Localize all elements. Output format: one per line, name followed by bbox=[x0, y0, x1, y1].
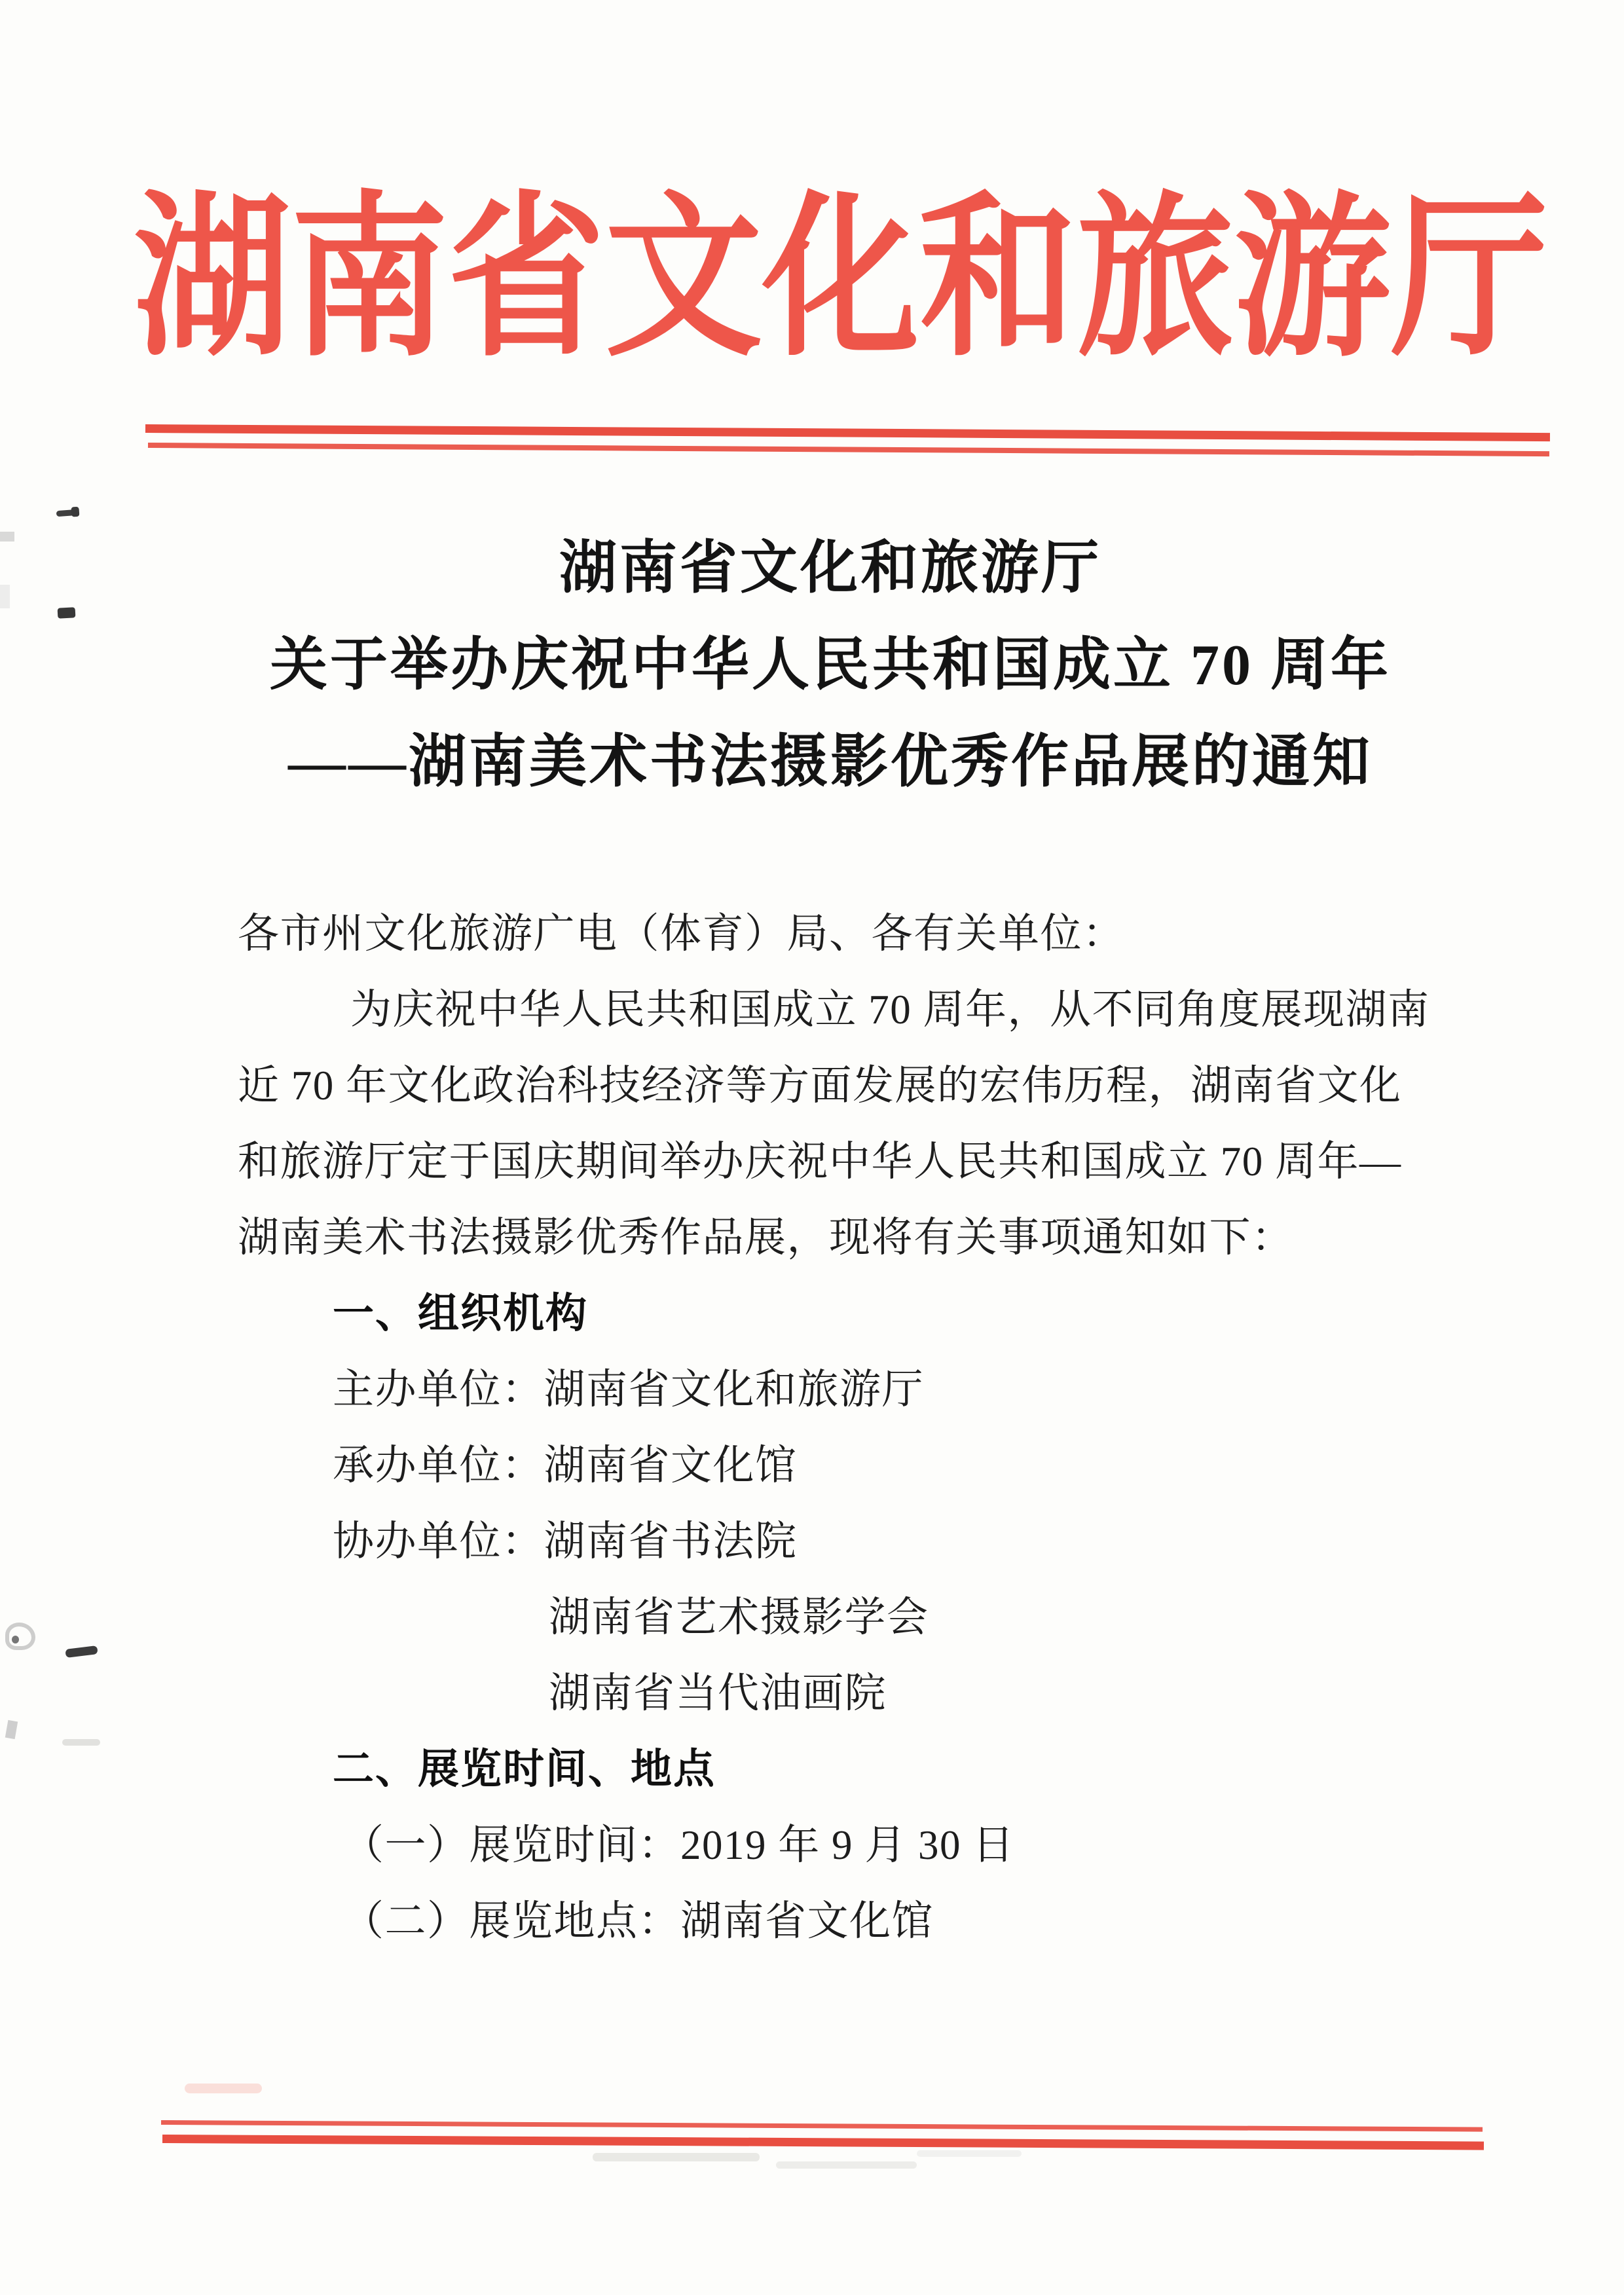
notice-body: 各市州文化旅游广电（体育）局、各有关单位： 为庆祝中华人民共和国成立 70 周年… bbox=[238, 896, 1436, 1959]
scan-artifact-edge-mark bbox=[0, 532, 14, 542]
scan-artifact-blob bbox=[58, 607, 76, 618]
scan-artifact-swirl bbox=[5, 1623, 35, 1650]
co-organizer-unit-line-3: 湖南省当代油画院 bbox=[238, 1655, 1436, 1731]
organizer-unit-line: 承办单位：湖南省文化馆 bbox=[238, 1427, 1436, 1503]
scan-artifact-gray-streak-3 bbox=[917, 2150, 1022, 2157]
scan-artifact-dash-3 bbox=[62, 1739, 100, 1746]
section-2-heading: 二、展览时间、地点 bbox=[238, 1731, 1436, 1807]
scan-artifact-edge-mark-2 bbox=[0, 585, 10, 608]
letterhead-rule-top bbox=[145, 424, 1550, 441]
footer-rule-bottom bbox=[162, 2135, 1484, 2150]
scan-artifact-speck bbox=[5, 1720, 18, 1739]
exhibition-venue-line: （二）展览地点：湖南省文化馆 bbox=[238, 1883, 1436, 1959]
co-organizer-unit-line-2: 湖南省艺术摄影学会 bbox=[238, 1579, 1436, 1655]
exhibition-time-line: （一）展览时间：2019 年 9 月 30 日 bbox=[238, 1807, 1436, 1883]
scan-artifact-gray-streak bbox=[593, 2153, 760, 2161]
section-1-heading: 一、组织机构 bbox=[238, 1276, 1436, 1351]
scan-artifact-dash bbox=[56, 509, 79, 517]
document-title-line-1: 湖南省文化和旅游厅 bbox=[37, 521, 1624, 617]
letterhead-title: 湖南省文化和旅游厅 bbox=[29, 191, 1624, 367]
paragraph-line-3: 和旅游厅定于国庆期间举办庆祝中华人民共和国成立 70 周年— bbox=[238, 1124, 1436, 1200]
host-unit-line: 主办单位：湖南省文化和旅游厅 bbox=[238, 1351, 1436, 1427]
document-title-line-2: 关于举办庆祝中华人民共和国成立 70 周年 bbox=[37, 617, 1624, 714]
document-title: 湖南省文化和旅游厅 关于举办庆祝中华人民共和国成立 70 周年 ——湖南美术书法… bbox=[0, 521, 1624, 811]
scan-artifact-red-smudge bbox=[185, 2084, 262, 2093]
salutation-line: 各市州文化旅游广电（体育）局、各有关单位： bbox=[238, 896, 1436, 972]
paragraph-line-4: 湖南美术书法摄影优秀作品展，现将有关事项通知如下： bbox=[238, 1200, 1436, 1276]
letterhead-rule-bottom bbox=[148, 443, 1549, 456]
paragraph-line-2: 近 70 年文化政治科技经济等方面发展的宏伟历程，湖南省文化 bbox=[238, 1048, 1436, 1124]
scan-artifact-dash-2 bbox=[65, 1645, 98, 1658]
co-organizer-unit-line: 协办单位：湖南省书法院 bbox=[238, 1503, 1436, 1579]
paragraph-line-1: 为庆祝中华人民共和国成立 70 周年，从不同角度展现湖南 bbox=[238, 972, 1436, 1048]
document-title-line-3: ——湖南美术书法摄影优秀作品展的通知 bbox=[37, 714, 1624, 811]
scanned-notice-page: 湖南省文化和旅游厅 湖南省文化和旅游厅 关于举办庆祝中华人民共和国成立 70 周… bbox=[0, 0, 1624, 2295]
scan-artifact-gray-streak-2 bbox=[776, 2161, 917, 2169]
footer-rule-top bbox=[161, 2120, 1483, 2132]
